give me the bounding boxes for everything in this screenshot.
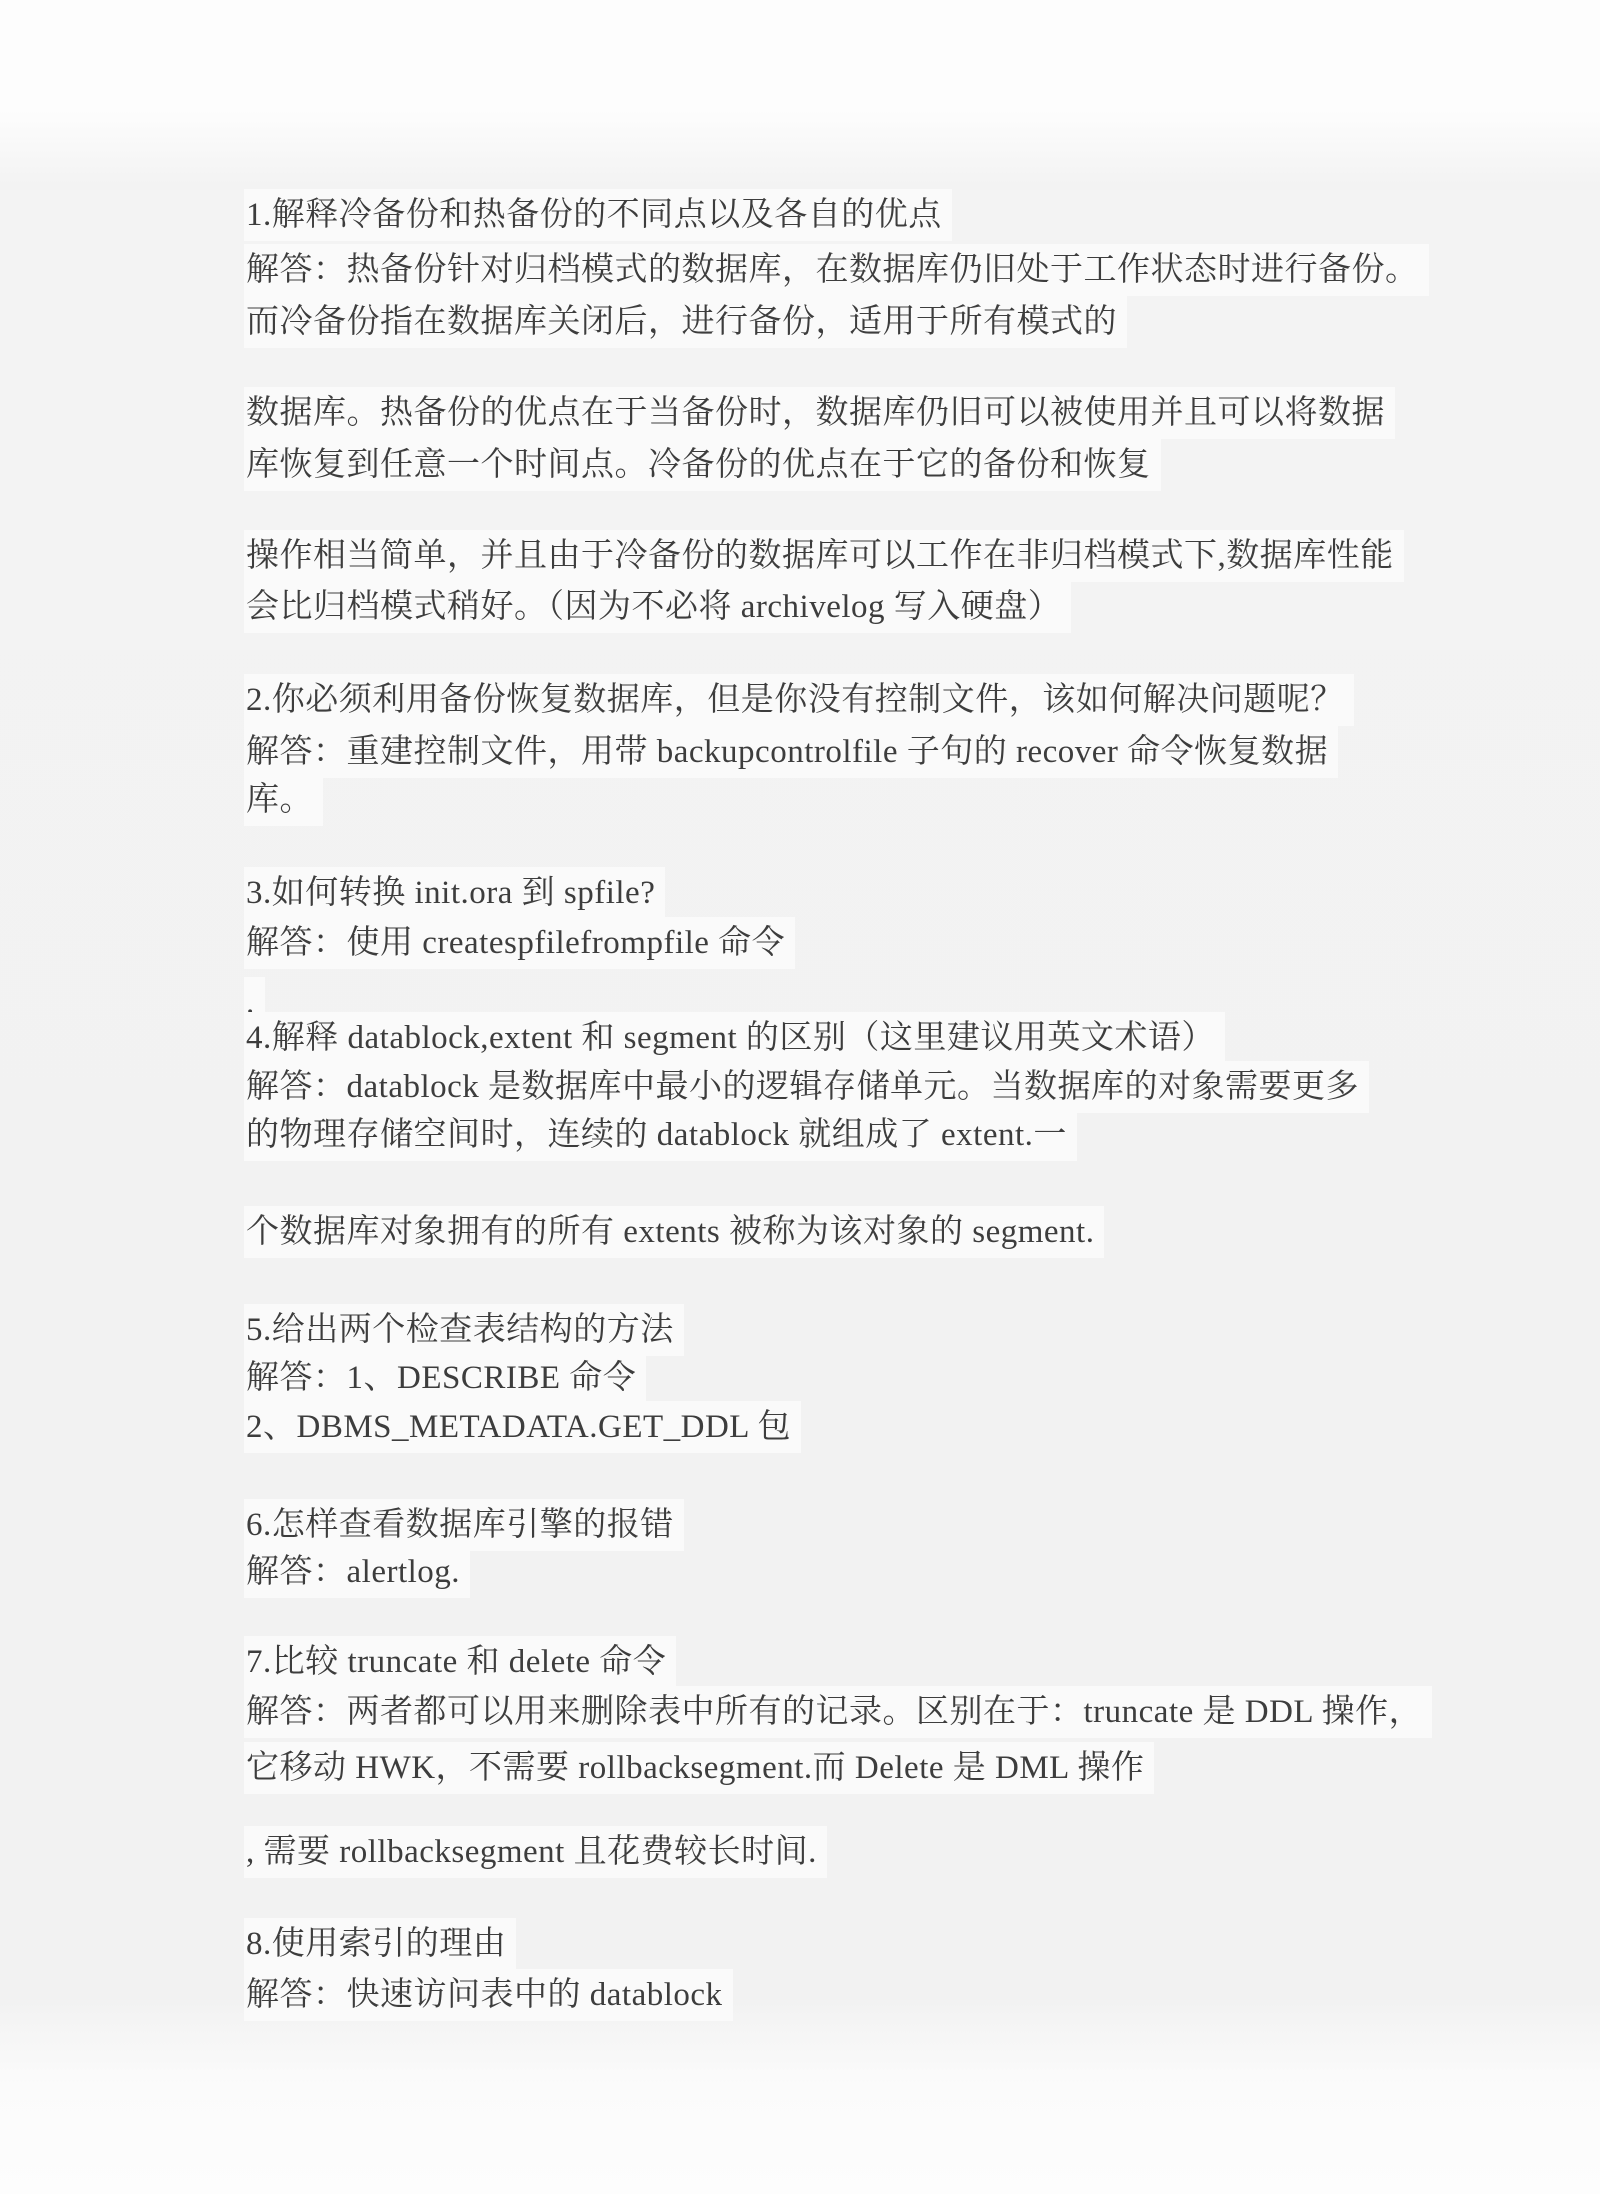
- text-line: 操作相当简单，并且由于冷备份的数据库可以工作在非归档模式下,数据库性能: [244, 530, 1404, 582]
- text-line: 3.如何转换 init.ora 到 spfile?: [244, 867, 665, 919]
- text-line: , 需要 rollbacksegment 且花费较长时间.: [244, 1826, 827, 1878]
- text-line: 库。: [244, 774, 323, 826]
- text-line: 6.怎样查看数据库引擎的报错: [244, 1499, 684, 1551]
- text-line: 2、DBMS_METADATA.GET_DDL 包: [244, 1401, 801, 1453]
- text-line: 解答：alertlog.: [244, 1546, 470, 1598]
- text-line: 解答：重建控制文件，用带 backupcontrolfile 子句的 recov…: [244, 726, 1338, 778]
- text-line: 的物理存储空间时，连续的 datablock 就组成了 extent.一: [244, 1109, 1077, 1161]
- text-line: 数据库。热备份的优点在于当备份时，数据库仍旧可以被使用并且可以将数据: [244, 387, 1395, 439]
- text-line: 它移动 HWK，不需要 rollbacksegment.而 Delete 是 D…: [244, 1742, 1154, 1794]
- text-line: 解答：使用 createspfilefrompfile 命令: [244, 917, 795, 969]
- text-line: 库恢复到任意一个时间点。冷备份的优点在于它的备份和恢复: [244, 439, 1161, 491]
- text-line: 会比归档模式稍好。（因为不必将 archivelog 写入硬盘）: [244, 581, 1071, 633]
- text-line: 2.你必须利用备份恢复数据库，但是你没有控制文件，该如何解决问题呢？: [244, 674, 1354, 726]
- text-line: 解答：datablock 是数据库中最小的逻辑存储单元。当数据库的对象需要更多: [244, 1061, 1369, 1113]
- text-line: 解答：两者都可以用来删除表中所有的记录。区别在于：truncate 是 DDL …: [244, 1686, 1432, 1738]
- text-line: 4.解释 datablock,extent 和 segment 的区别（这里建议…: [244, 1012, 1225, 1064]
- text-line: 而冷备份指在数据库关闭后，进行备份，适用于所有模式的: [244, 296, 1127, 348]
- document-page: 1.解释冷备份和热备份的不同点以及各自的优点 解答：热备份针对归档模式的数据库，…: [0, 0, 1600, 2194]
- text-line: 解答：热备份针对归档模式的数据库，在数据库仍旧处于工作状态时进行备份。: [244, 244, 1429, 296]
- text-line: 1.解释冷备份和热备份的不同点以及各自的优点: [244, 189, 952, 241]
- text-line: 解答：快速访问表中的 datablock: [244, 1969, 733, 2021]
- text-line: 8.使用索引的理由: [244, 1918, 516, 1970]
- text-line: 7.比较 truncate 和 delete 命令: [244, 1636, 676, 1688]
- text-line: 5.给出两个检查表结构的方法: [244, 1304, 684, 1356]
- text-line: 个数据库对象拥有的所有 extents 被称为该对象的 segment.: [244, 1206, 1104, 1258]
- text-line: 解答：1、DESCRIBE 命令: [244, 1352, 646, 1404]
